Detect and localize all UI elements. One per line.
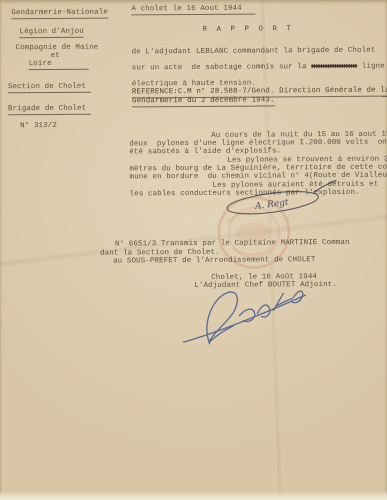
signature-initial-letter bbox=[207, 292, 238, 344]
document-content: Gendarmerie-Nationale Légion d'Anjou Com… bbox=[0, 0, 387, 500]
letterhead-section: Section de Cholet bbox=[8, 83, 91, 94]
transmission-line3: au SOUS-PREFET de l'Arrondissement de CH… bbox=[113, 256, 315, 265]
scan-bottom-edge bbox=[0, 491, 387, 500]
letterhead-org: Gendarmerie-Nationale bbox=[11, 9, 108, 20]
intro-subject: sur un acte de sabotage commis sur la xx… bbox=[132, 63, 385, 73]
report-title: R A P P O R T bbox=[202, 25, 293, 34]
subject-text-after: ligne bbox=[357, 63, 385, 71]
letterhead-company-line3: Loire bbox=[29, 60, 89, 70]
body-paragraph1-line3: été sabotés à l'aide d'explosifs. bbox=[129, 147, 281, 156]
intro-recipient: de L'adjudant LEBLANC commandant la brig… bbox=[132, 47, 376, 57]
handwritten-signature bbox=[165, 277, 326, 358]
transmission-line1: N° 6651/3 Transmis par le Capitaine MART… bbox=[115, 239, 350, 249]
letterhead-number: N° 313/2 bbox=[20, 122, 57, 130]
reference-line2: Gendarmerie du 2 décembre 1943. bbox=[132, 96, 275, 107]
subject-text-before: sur un acte de sabotage commis sur la bbox=[132, 63, 311, 72]
signature-name-strokes bbox=[239, 291, 303, 321]
letterhead-company-line2: et bbox=[51, 52, 60, 60]
letterhead-company-line1: Compagnie de Maine bbox=[16, 44, 99, 53]
letterhead-legion: Légion d'Anjou bbox=[19, 28, 83, 38]
letterhead-brigade: Brigade de Cholet bbox=[8, 105, 91, 116]
header-place-date: A cholet le 16 Aout 1944 bbox=[131, 5, 255, 16]
subject-struck-word: xxxxxxxxxx bbox=[311, 63, 357, 71]
document-page: Gendarmerie-Nationale Légion d'Anjou Com… bbox=[0, 0, 387, 500]
signature-flourish-stroke bbox=[183, 295, 305, 342]
